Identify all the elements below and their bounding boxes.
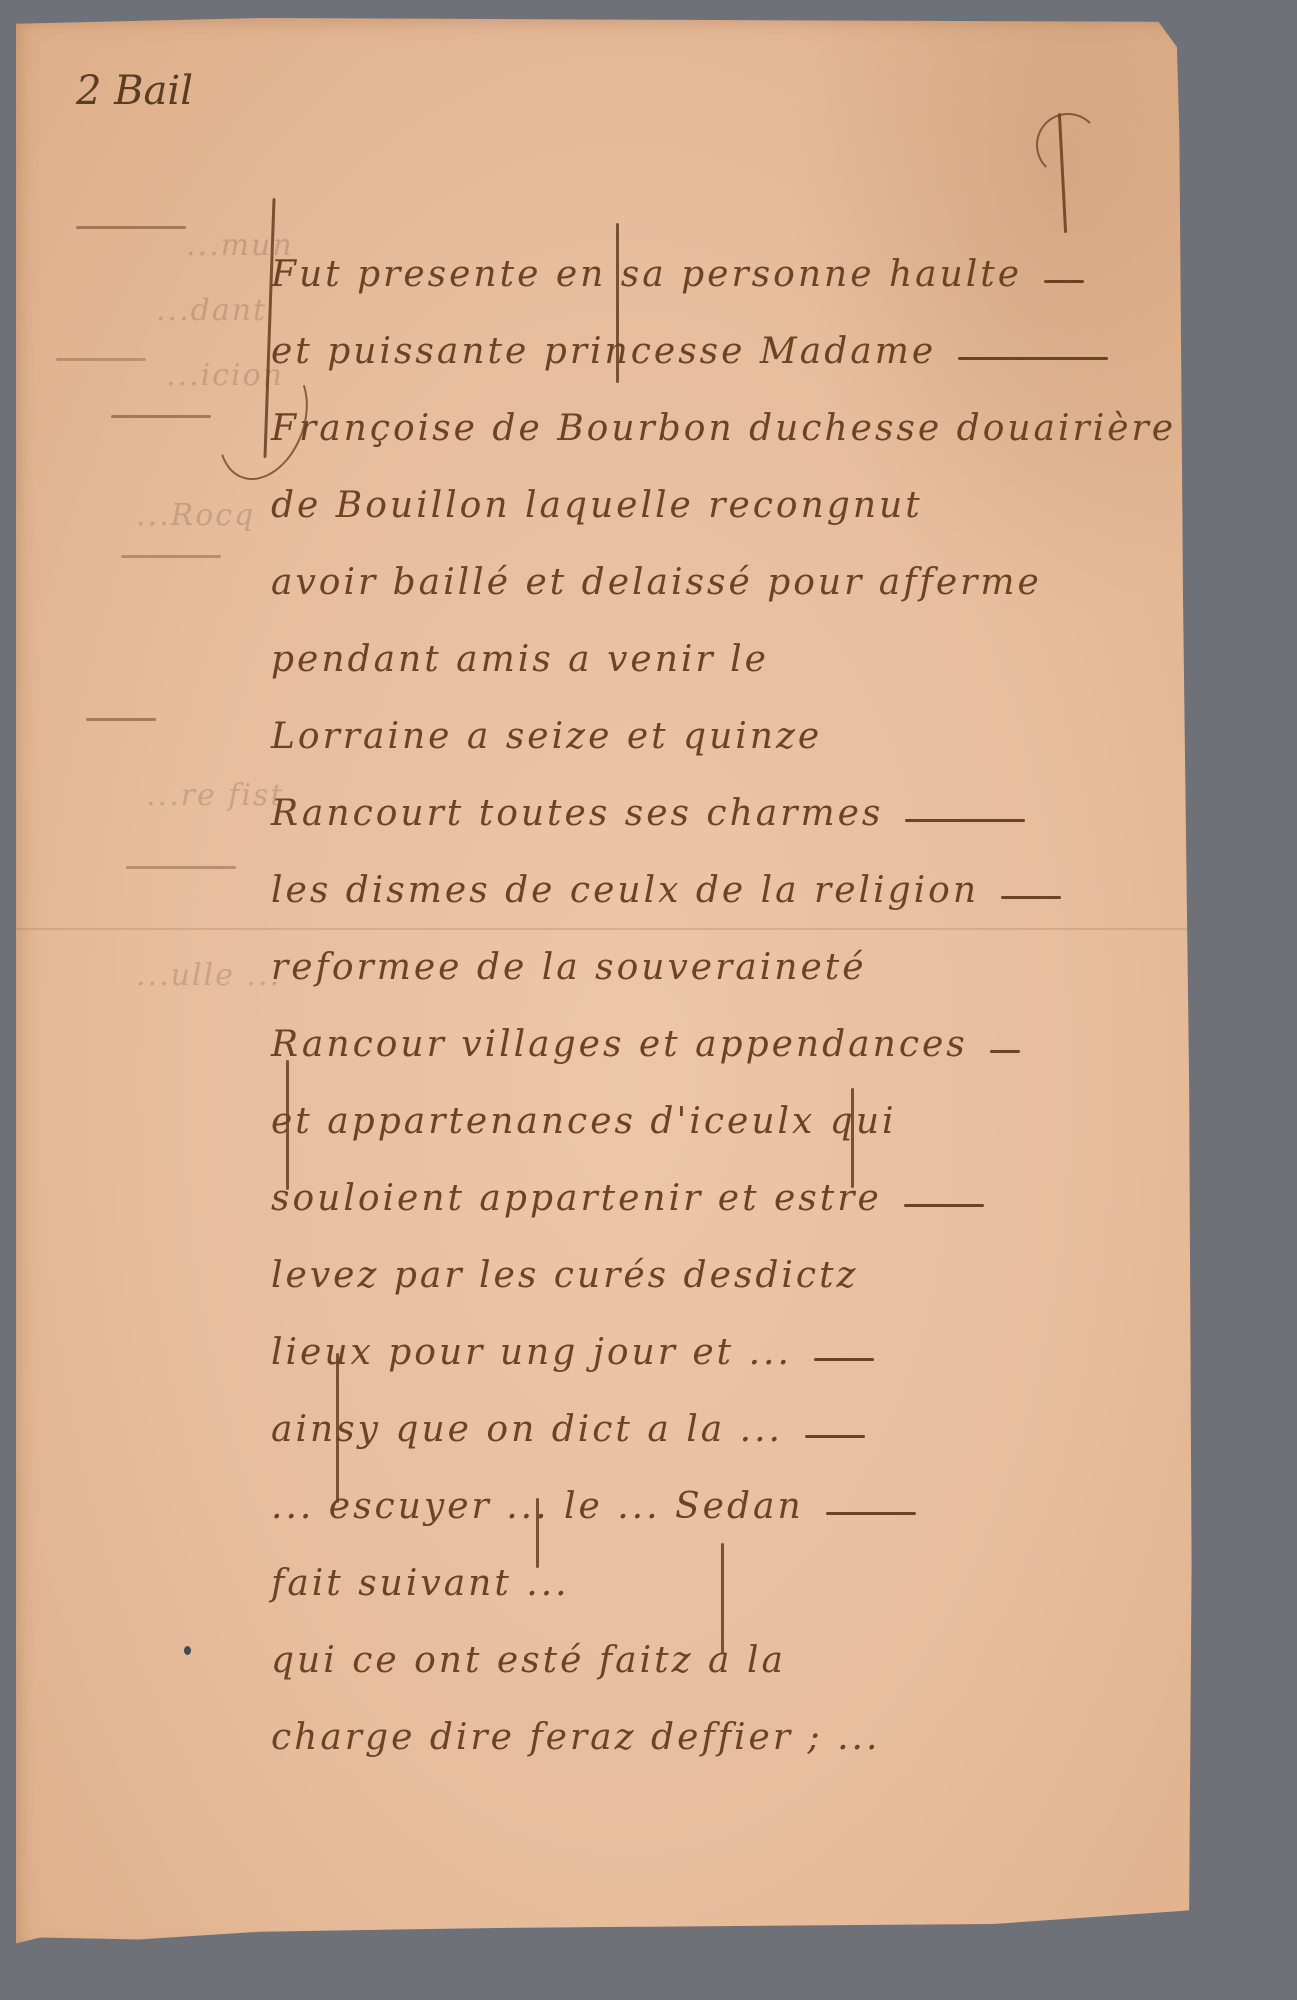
paper-hole — [184, 1646, 191, 1655]
margin-dash — [76, 226, 186, 229]
margin-annotation: 2 Bail — [76, 68, 193, 114]
bleed-through-text: ...re fist — [146, 778, 284, 813]
margin-dash — [56, 358, 146, 361]
flourish — [1036, 113, 1100, 177]
margin-dash — [86, 718, 156, 721]
manuscript-line: et puissante princesse Madame — [271, 295, 1231, 372]
manuscript-page: ...mun ...dant ...icion ...Rocq ...re fi… — [16, 18, 1238, 1953]
manuscript-body: Fut presente en sa personne haulte et pu… — [271, 218, 1231, 1758]
manuscript-line: souloient appartenir et estre — [271, 1142, 1231, 1219]
manuscript-line: pendant amis a venir le — [271, 603, 1231, 680]
manuscript-line: les dismes de ceulx de la religion — [271, 834, 1231, 911]
manuscript-line: Françoise de Bourbon duchesse douairière — [271, 372, 1231, 449]
manuscript-line: ainsy que on dict a la ... — [271, 1373, 1231, 1450]
manuscript-line: ... escuyer ... le ... Sedan — [271, 1450, 1231, 1527]
manuscript-line: qui ce ont esté faitz a la — [271, 1604, 1231, 1681]
manuscript-line: charge dire feraz deffier ; ... — [271, 1681, 1231, 1758]
bleed-through-text: ...dant — [156, 293, 267, 328]
bleed-through-text: ...ulle ... — [136, 958, 281, 993]
manuscript-line: de Bouillon laquelle recongnut — [271, 449, 1231, 526]
manuscript-line: Rancourt toutes ses charmes — [271, 757, 1231, 834]
bleed-through-text: ...Rocq — [136, 498, 255, 533]
manuscript-line: reformee de la souveraineté — [271, 911, 1231, 988]
margin-dash — [111, 415, 211, 418]
manuscript-line: Fut presente en sa personne haulte — [271, 218, 1231, 295]
manuscript-line: et appartenances d'iceulx qui — [271, 1065, 1231, 1142]
manuscript-line: Lorraine a seize et quinze — [271, 680, 1231, 757]
margin-dash — [126, 866, 236, 869]
manuscript-line: fait suivant ... — [271, 1527, 1231, 1604]
manuscript-line: levez par les curés desdictz — [271, 1219, 1231, 1296]
manuscript-line: lieux pour ung jour et ... — [271, 1296, 1231, 1373]
margin-dash — [121, 555, 221, 558]
manuscript-line: Rancour villages et appendances — [271, 988, 1231, 1065]
manuscript-line: avoir baillé et delaissé pour afferme — [271, 526, 1231, 603]
